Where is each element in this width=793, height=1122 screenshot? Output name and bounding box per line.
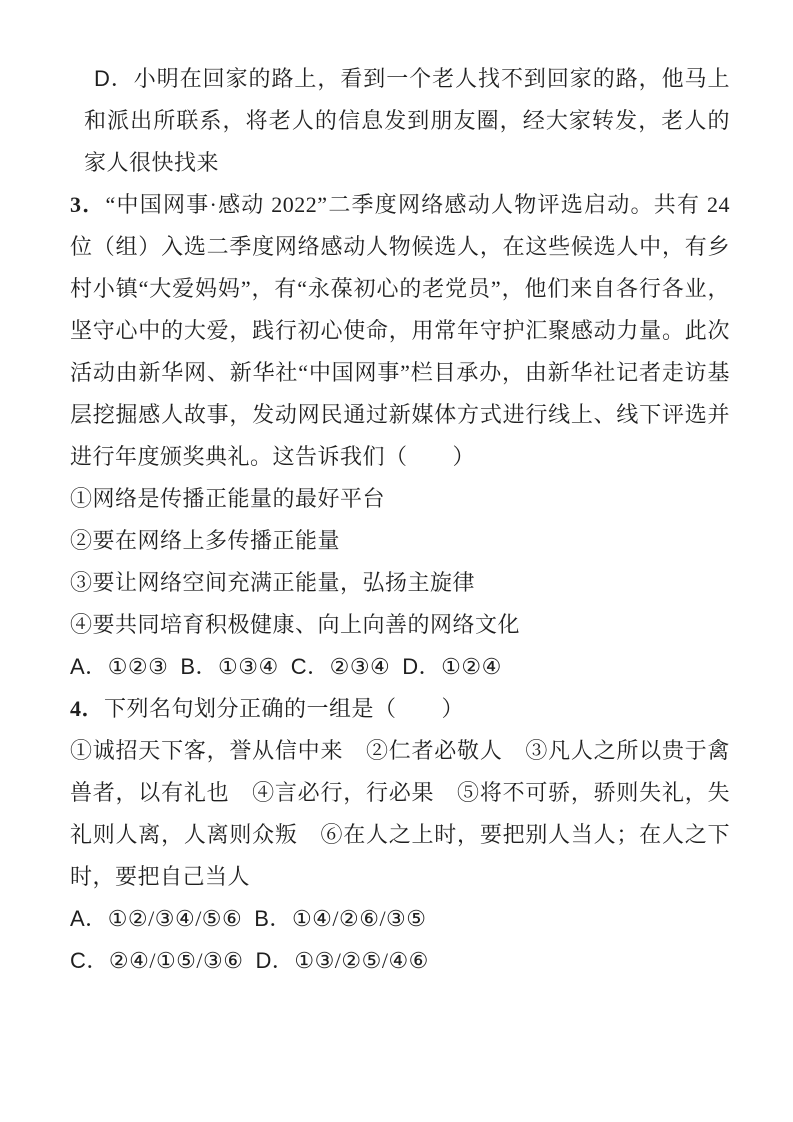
q4-choice-d-value: ①③/②⑤/④⑥ bbox=[294, 948, 429, 973]
q3-stem-text-1: “中国网事·感动 2022”二季度网络感动人物评选启动。共有 24 bbox=[106, 192, 731, 217]
q3-choice-c: C．②③④ bbox=[291, 654, 391, 679]
q3-statement-2: ②要在网络上多传播正能量 bbox=[70, 520, 730, 562]
q3-choice-d-value: ①②④ bbox=[441, 654, 502, 679]
q3-choice-b-value: ①③④ bbox=[218, 654, 279, 679]
q3-choice-a-label: A． bbox=[70, 654, 108, 679]
q3-stem-line-3: 村小镇“大爱妈妈”，有“永葆初心的老党员”，他们来自各行各业， bbox=[70, 268, 730, 310]
option-d-label: D． bbox=[94, 66, 134, 91]
option-d-line-2: 和派出所联系，将老人的信息发到朋友圈，经大家转发，老人的 bbox=[84, 100, 730, 142]
q3-statement-1: ①网络是传播正能量的最好平台 bbox=[70, 478, 730, 520]
q4-choice-c-label: C． bbox=[70, 948, 109, 973]
q4-choice-b: B．①④/②⑥/③⑤ bbox=[254, 906, 426, 931]
q3-choices-row: A．①②③B．①③④C．②③④D．①②④ bbox=[70, 646, 730, 688]
q4-choice-a-value: ①②/③④/⑤⑥ bbox=[108, 906, 243, 931]
q4-choice-c-value: ②④/①⑤/③⑥ bbox=[109, 948, 244, 973]
q4-stem-line: 4．下列名句划分正确的一组是（ ） bbox=[70, 688, 730, 730]
q4-choice-b-value: ①④/②⑥/③⑤ bbox=[292, 906, 427, 931]
q3-statement-3: ③要让网络空间充满正能量，弘扬主旋律 bbox=[70, 562, 730, 604]
document-page: D．小明在回家的路上，看到一个老人找不到回家的路，他马上 和派出所联系，将老人的… bbox=[0, 0, 793, 1122]
q4-statement-line-4: 时，要把自己当人 bbox=[70, 856, 730, 898]
q4-statement-line-1: ①诚招天下客，誉从信中来 ②仁者必敬人 ③凡人之所以贵于禽 bbox=[70, 730, 730, 772]
q3-choice-d: D．①②④ bbox=[402, 654, 502, 679]
q4-choices-row-1: A．①②/③④/⑤⑥B．①④/②⑥/③⑤ bbox=[70, 898, 730, 940]
q4-choice-b-label: B． bbox=[254, 906, 292, 931]
q4-statement-line-3: 礼则人离，人离则众叛 ⑥在人之上时，要把别人当人；在人之下 bbox=[70, 814, 730, 856]
q4-number: 4． bbox=[70, 696, 104, 721]
q3-choice-c-value: ②③④ bbox=[330, 654, 391, 679]
q3-statement-4: ④要共同培育积极健康、向上向善的网络文化 bbox=[70, 604, 730, 646]
q3-choice-a: A．①②③ bbox=[70, 654, 168, 679]
option-d-text-1: 小明在回家的路上，看到一个老人找不到回家的路，他马上 bbox=[134, 66, 730, 91]
option-d-line-1: D．小明在回家的路上，看到一个老人找不到回家的路，他马上 bbox=[94, 58, 730, 100]
q3-choice-a-value: ①②③ bbox=[108, 654, 169, 679]
q3-stem-line-4: 坚守心中的大爱，践行初心使命，用常年守护汇聚感动力量。此次 bbox=[70, 310, 730, 352]
q4-statement-line-2: 兽者，以有礼也 ④言必行，行必果 ⑤将不可骄，骄则失礼，失 bbox=[70, 772, 730, 814]
q4-choice-c: C．②④/①⑤/③⑥ bbox=[70, 948, 243, 973]
q4-choice-a: A．①②/③④/⑤⑥ bbox=[70, 906, 242, 931]
q3-stem-line-2: 位（组）入选二季度网络感动人物候选人，在这些候选人中，有乡 bbox=[70, 226, 730, 268]
q3-choice-b: B．①③④ bbox=[180, 654, 278, 679]
q3-choice-d-label: D． bbox=[402, 654, 441, 679]
q4-stem-text: 下列名句划分正确的一组是（ ） bbox=[104, 696, 464, 721]
q4-choice-d: D．①③/②⑤/④⑥ bbox=[255, 948, 428, 973]
exam-text-block: D．小明在回家的路上，看到一个老人找不到回家的路，他马上 和派出所联系，将老人的… bbox=[70, 58, 730, 982]
q4-choices-row-2: C．②④/①⑤/③⑥D．①③/②⑤/④⑥ bbox=[70, 940, 730, 982]
option-d-line-3: 家人很快找来 bbox=[84, 142, 730, 184]
q3-stem-line-6: 层挖掘感人故事，发动网民通过新媒体方式进行线上、线下评选并 bbox=[70, 394, 730, 436]
q4-choice-a-label: A． bbox=[70, 906, 108, 931]
q3-choice-c-label: C． bbox=[291, 654, 330, 679]
q3-stem-line-7: 进行年度颁奖典礼。这告诉我们（ ） bbox=[70, 436, 730, 478]
q3-stem-line-1: 3．“中国网事·感动 2022”二季度网络感动人物评选启动。共有 24 bbox=[70, 184, 730, 226]
q3-choice-b-label: B． bbox=[180, 654, 218, 679]
q3-number: 3． bbox=[70, 192, 106, 217]
q4-choice-d-label: D． bbox=[255, 948, 294, 973]
q3-stem-line-5: 活动由新华网、新华社“中国网事”栏目承办，由新华社记者走访基 bbox=[70, 352, 730, 394]
